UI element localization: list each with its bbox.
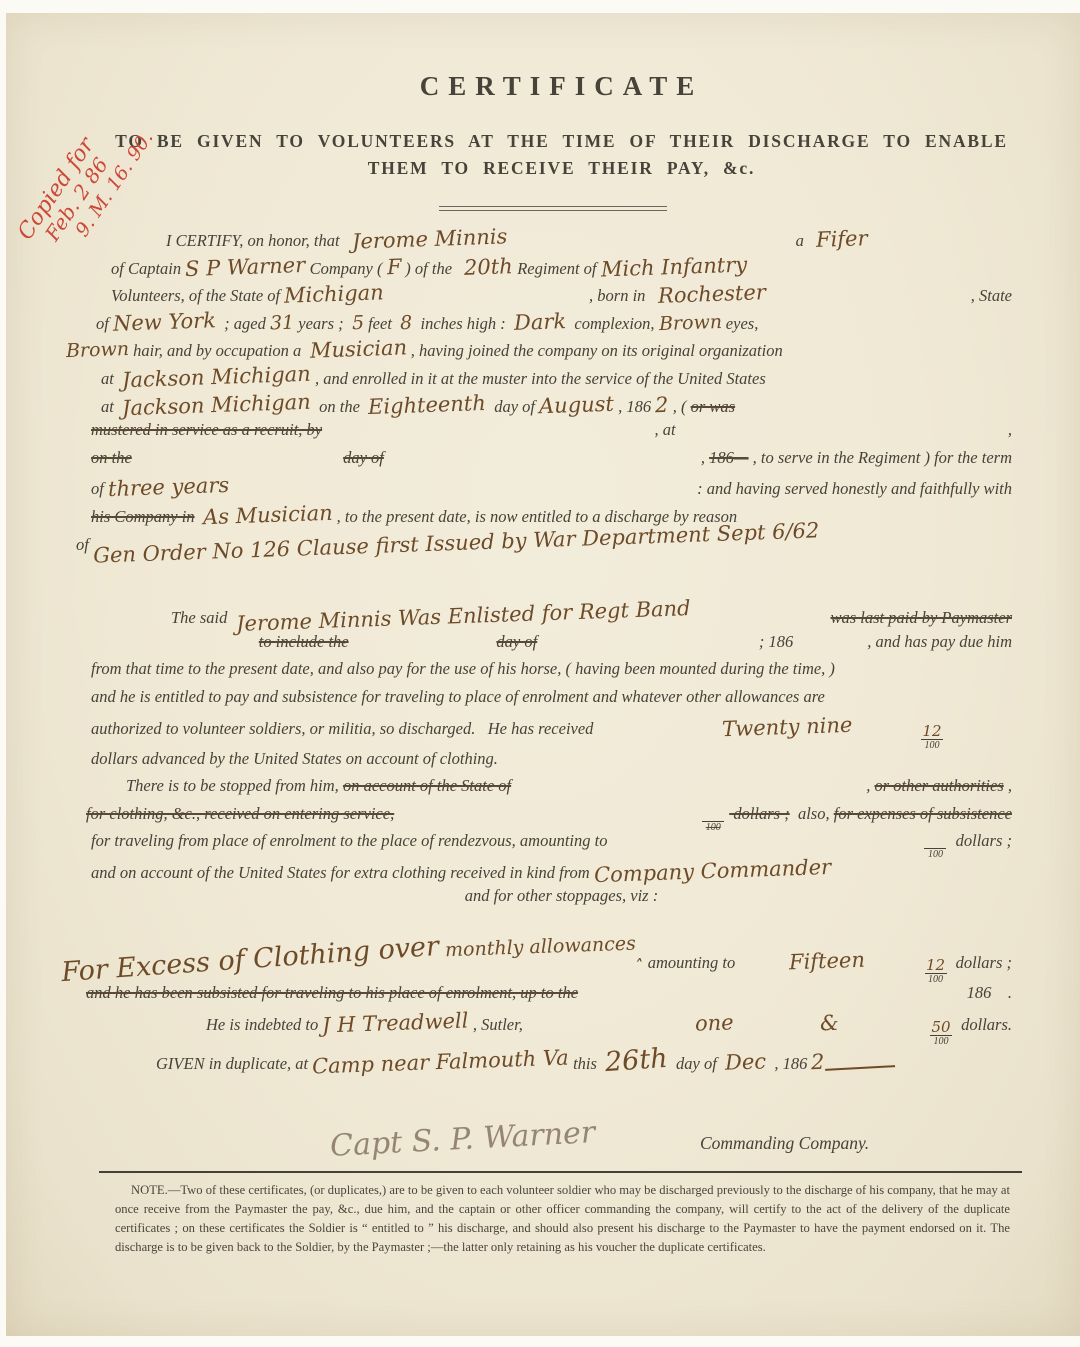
- handwritten-text: New York: [113, 308, 217, 336]
- printed-text: , at: [654, 420, 675, 440]
- footnote-text: NOTE.—Two of these certificates, (or dup…: [115, 1181, 1010, 1258]
- printed-text: also,: [790, 804, 834, 824]
- certificate-line: and he has been subsisted for traveling …: [86, 983, 1012, 1011]
- spacer: [578, 983, 967, 1011]
- handwritten-text: Camp near Falmouth Va: [312, 1045, 569, 1078]
- spacer: [735, 944, 789, 983]
- printed-text: of: [91, 479, 108, 499]
- handwritten-text: Jackson Michigan: [122, 389, 311, 420]
- certificate-line: of three years: and having served honest…: [91, 475, 1012, 503]
- spacer: [132, 448, 343, 476]
- fraction-denominator: 100: [924, 848, 946, 860]
- printed-text: feet: [364, 314, 400, 334]
- cents-fraction: 12100: [921, 724, 943, 751]
- certificate-line: and on account of the United States for …: [91, 859, 1012, 887]
- spacer: [537, 632, 759, 660]
- struck-cents-fraction: 100: [702, 806, 724, 833]
- handwritten-text: As Musician: [202, 501, 332, 530]
- printed-text: hair, and by occupation a: [129, 341, 310, 361]
- printed-text: of Captain: [111, 259, 185, 279]
- handwritten-text: Jerome Minnis Was Enlisted for Regt Band: [235, 596, 690, 636]
- printed-text: of: [76, 535, 93, 555]
- insertion-caret: ˄: [636, 956, 644, 974]
- printed-text: years ;: [294, 314, 352, 334]
- handwritten-text: 8: [400, 312, 413, 334]
- printed-text: on the: [311, 397, 368, 417]
- certificate-line: of Captain S P Warner Company ( F ) of t…: [111, 255, 1012, 283]
- handwritten-text: J H Treadwell: [322, 1008, 469, 1037]
- spacer: [507, 227, 795, 255]
- spacer: [111, 1122, 330, 1157]
- handwritten-text: Eighteenth: [368, 391, 487, 419]
- printed-text: at: [101, 397, 122, 417]
- double-rule-divider: [439, 206, 667, 211]
- handwritten-text-large: 26th: [604, 1043, 669, 1078]
- handwritten-text: 2: [655, 392, 669, 416]
- printed-text: for traveling from place of enrolment to…: [91, 831, 607, 851]
- fraction-numerator: 12: [922, 724, 942, 739]
- certificate-line: to include theday of; 186, and has pay d…: [111, 632, 1012, 660]
- certificate-line: authorized to volunteer soldiers, or mil…: [91, 715, 1012, 749]
- handwritten-text: Company Commander: [593, 855, 831, 887]
- certificate-line: and for other stoppages, viz :: [111, 886, 1012, 914]
- spacer: [384, 448, 701, 476]
- struck-printed-text: mustered in service as a recruit, by: [91, 420, 322, 440]
- printed-text: dollars ;: [952, 953, 1013, 973]
- printed-text: , and enrolled in it at the muster into …: [311, 369, 766, 389]
- handwritten-text: Fifer: [816, 226, 868, 252]
- signature-name: Capt S. P. Warner: [329, 1115, 596, 1164]
- printed-text: and for other stoppages, viz :: [465, 886, 658, 906]
- handwritten-text: Twenty nine: [721, 712, 852, 741]
- printed-text: Volunteers, of the State of: [111, 286, 284, 306]
- spacer: [676, 420, 1008, 448]
- printed-text: , (: [669, 397, 691, 417]
- handwritten-text: Fifteen: [789, 948, 866, 975]
- certificate-line: from that time to the present date, and …: [91, 659, 1012, 687]
- spacer: [229, 475, 697, 503]
- printed-text: authorized to volunteer soldiers, or mil…: [91, 719, 593, 739]
- struck-printed-text: day of: [496, 632, 537, 652]
- certificate-line: He is indebted to J H Treadwell , Sutler…: [206, 1011, 1012, 1045]
- handwritten-text-large: For Excess of Clothing over: [60, 931, 439, 988]
- printed-text: He is indebted to: [206, 1015, 322, 1035]
- spacer: [766, 282, 971, 310]
- document-subtitle-line2: THEM TO RECEIVE THEIR PAY, &c.: [111, 155, 1012, 182]
- handwritten-text: Dark: [514, 309, 567, 335]
- spacer: [349, 632, 497, 660]
- certificate-line: There is to be stopped from him, on acco…: [126, 776, 1012, 804]
- handwritten-text: Brown: [66, 338, 130, 362]
- fraction-denominator: 100: [930, 1035, 952, 1047]
- spacer: [593, 715, 721, 749]
- spacer: [865, 944, 919, 983]
- certificate-line: at Jackson Michigan , and enrolled in it…: [101, 365, 1012, 393]
- handwritten-text: Musician: [309, 336, 407, 363]
- certificate-line: The said Jerome Minnis Was Enlisted for …: [171, 604, 1012, 632]
- printed-text: eyes,: [722, 314, 759, 334]
- fraction-denominator: 100: [921, 739, 943, 751]
- handwritten-text: Brown: [658, 311, 722, 335]
- printed-text: amounting to: [644, 953, 736, 973]
- printed-text: , and has pay due him: [867, 632, 1012, 652]
- printed-text: : and having served honestly and faithfu…: [697, 479, 1012, 499]
- spacer: [948, 715, 1012, 749]
- printed-text: Company (: [305, 259, 386, 279]
- printed-text: , State: [971, 286, 1012, 306]
- certificate-line: I CERTIFY, on honor, that Jerome Minnisa…: [166, 227, 1012, 255]
- cents-fraction: 100: [924, 833, 946, 860]
- printed-text: , 186: [614, 397, 655, 417]
- printed-text: ; 186: [759, 632, 793, 652]
- struck-printed-text: was last paid by Paymaster: [831, 608, 1013, 628]
- spacer: [793, 632, 867, 660]
- cents-fraction: 12100: [925, 958, 947, 985]
- certificate-line: on theday of, 186— , to serve in the Reg…: [91, 448, 1012, 476]
- certificate-line: for clothing, &c., received on entering …: [86, 804, 1012, 832]
- certificate-line: Volunteers, of the State of Michigan, bo…: [111, 282, 1012, 310]
- struck-printed-text: or was: [691, 397, 735, 417]
- fraction-numerator: [925, 833, 945, 848]
- struck-printed-text: 186—: [709, 448, 748, 468]
- document-title: CERTIFICATE: [111, 71, 1012, 102]
- printed-text: day of: [486, 397, 539, 417]
- certificate-body: I CERTIFY, on honor, that Jerome Minnisa…: [111, 227, 1012, 1076]
- spacer: [523, 1011, 695, 1045]
- printed-text: , having joined the company on its origi…: [407, 341, 783, 361]
- spacer: [595, 1122, 700, 1157]
- certificate-line: his Company in As Musician , to the pres…: [91, 503, 1012, 531]
- certificate-line: and he is entitled to pay and subsistenc…: [91, 687, 1012, 715]
- printed-text: and he is entitled to pay and subsistenc…: [91, 687, 825, 707]
- printed-text: , born in: [589, 286, 658, 306]
- struck-printed-text: and he has been subsisted for traveling …: [86, 983, 578, 1003]
- printed-text: this: [569, 1054, 605, 1074]
- struck-printed-text: on the: [91, 448, 132, 468]
- signature-row: Capt S. P. Warner Commanding Company.: [111, 1122, 1012, 1157]
- printed-text: complexion,: [566, 314, 659, 334]
- struck-printed-text: for expenses of subsistence: [834, 804, 1012, 824]
- printed-text: ,: [1008, 420, 1012, 440]
- certificate-page: Copied for Feb. 2 86 9. M. 16. 90. CERTI…: [6, 13, 1080, 1336]
- struck-printed-text: to include the: [259, 632, 349, 652]
- cents-fraction: 50100: [930, 1020, 952, 1047]
- printed-text: dollars ;: [951, 831, 1012, 851]
- struck-printed-text: on account of the State of: [343, 776, 511, 796]
- spacer: [607, 831, 919, 859]
- handwritten-text: August: [539, 391, 615, 418]
- printed-text: [195, 507, 203, 527]
- fraction-denominator: 100: [925, 973, 947, 985]
- handwritten-insertion: monthly allowances: [439, 933, 636, 962]
- spacer: [839, 1011, 925, 1045]
- handwritten-text: 2: [811, 1049, 825, 1073]
- printed-text: at: [101, 369, 122, 389]
- handwritten-text: one: [695, 1010, 734, 1035]
- spacer: [869, 1122, 1012, 1157]
- printed-text: dollars advanced by the United States on…: [91, 749, 498, 769]
- fraction-numerator: 50: [931, 1020, 951, 1035]
- printed-text: I CERTIFY, on honor, that: [166, 231, 352, 251]
- fraction-numerator: 12: [926, 958, 946, 973]
- struck-printed-text: dollars ;: [729, 804, 790, 824]
- document-subtitle-line1: TO BE GIVEN TO VOLUNTEERS AT THE TIME OF…: [111, 128, 1012, 155]
- certificate-line: dollars advanced by the United States on…: [91, 749, 1012, 777]
- handwritten-text: F: [386, 254, 401, 278]
- struck-printed-text: for clothing, &c., received on entering …: [86, 804, 394, 824]
- printed-text: ,: [1004, 776, 1012, 796]
- printed-text: a: [796, 231, 817, 251]
- printed-text: and on account of the United States for …: [91, 863, 594, 883]
- handwritten-text: S P Warner: [185, 253, 306, 281]
- handwritten-flourish-line: [825, 1061, 895, 1071]
- signature-role: Commanding Company.: [700, 1133, 869, 1154]
- scanned-document: Copied for Feb. 2 86 9. M. 16. 90. CERTI…: [0, 0, 1080, 1347]
- handwritten-text: Jerome Minnis: [352, 224, 508, 253]
- struck-printed-text: day of: [343, 448, 384, 468]
- certificate-line: GIVEN in duplicate, at Camp near Falmout…: [156, 1045, 1012, 1076]
- spacer: [511, 776, 866, 804]
- printed-text: from that time to the present date, and …: [91, 659, 835, 679]
- certificate-line: of Gen Order No 126 Clause first Issued …: [76, 531, 1012, 559]
- handwritten-text: Mich Infantry: [600, 252, 747, 281]
- printed-text: , to serve in the Regiment ) for the ter…: [749, 448, 1012, 468]
- printed-text: dollars.: [957, 1015, 1012, 1035]
- handwritten-text: Rochester: [657, 280, 766, 308]
- printed-text: ) of the: [401, 259, 464, 279]
- footnote-divider: [99, 1171, 1022, 1173]
- certificate-line: mustered in service as a recruit, by, at…: [91, 420, 1012, 448]
- spacer: [384, 282, 589, 310]
- printed-text: inches high :: [412, 314, 514, 334]
- handwritten-text: Jackson Michigan: [122, 362, 311, 393]
- spacer: [734, 1011, 820, 1045]
- printed-text: of: [96, 314, 113, 334]
- certificate-line: of New York ; aged 31 years ; 5 feet 8 i…: [96, 310, 1012, 338]
- printed-text: 186 .: [967, 983, 1012, 1003]
- struck-printed-text: his Company in: [91, 507, 195, 527]
- certificate-line: Brown hair, and by occupation a Musician…: [66, 337, 1012, 365]
- spacer: [322, 420, 654, 448]
- printed-text: ; aged: [216, 314, 270, 334]
- printed-text: There is to be stopped from him,: [126, 776, 343, 796]
- printed-text: The said: [171, 608, 236, 628]
- handwritten-text: &: [820, 1010, 840, 1035]
- spacer: [852, 715, 916, 749]
- handwritten-text: 20th: [464, 254, 513, 280]
- handwritten-text: Michigan: [284, 280, 384, 307]
- spacer: [690, 604, 830, 632]
- handwritten-text: three years: [108, 473, 230, 501]
- printed-text: GIVEN in duplicate, at: [156, 1054, 312, 1074]
- printed-text: ,: [866, 776, 874, 796]
- fraction-numerator: [703, 806, 723, 821]
- handwritten-text: 31: [270, 311, 295, 334]
- printed-text: ,: [701, 448, 709, 468]
- spacer: [394, 804, 697, 832]
- fraction-denominator: 100: [702, 821, 724, 833]
- handwritten-text: Dec: [725, 1049, 767, 1074]
- handwritten-text: 5: [351, 312, 364, 334]
- certificate-line: For Excess of Clothing over monthly allo…: [61, 944, 1012, 983]
- printed-text: , 186: [766, 1054, 811, 1074]
- spacer: [868, 227, 1012, 255]
- certificate-line: at Jackson Michigan on the Eighteenth da…: [101, 393, 1012, 421]
- struck-printed-text: or other authorities: [874, 776, 1003, 796]
- printed-text: Regiment of: [513, 259, 601, 279]
- certificate-line: for traveling from place of enrolment to…: [91, 831, 1012, 859]
- printed-text: day of: [668, 1054, 725, 1074]
- printed-text: , Sutler,: [469, 1015, 523, 1035]
